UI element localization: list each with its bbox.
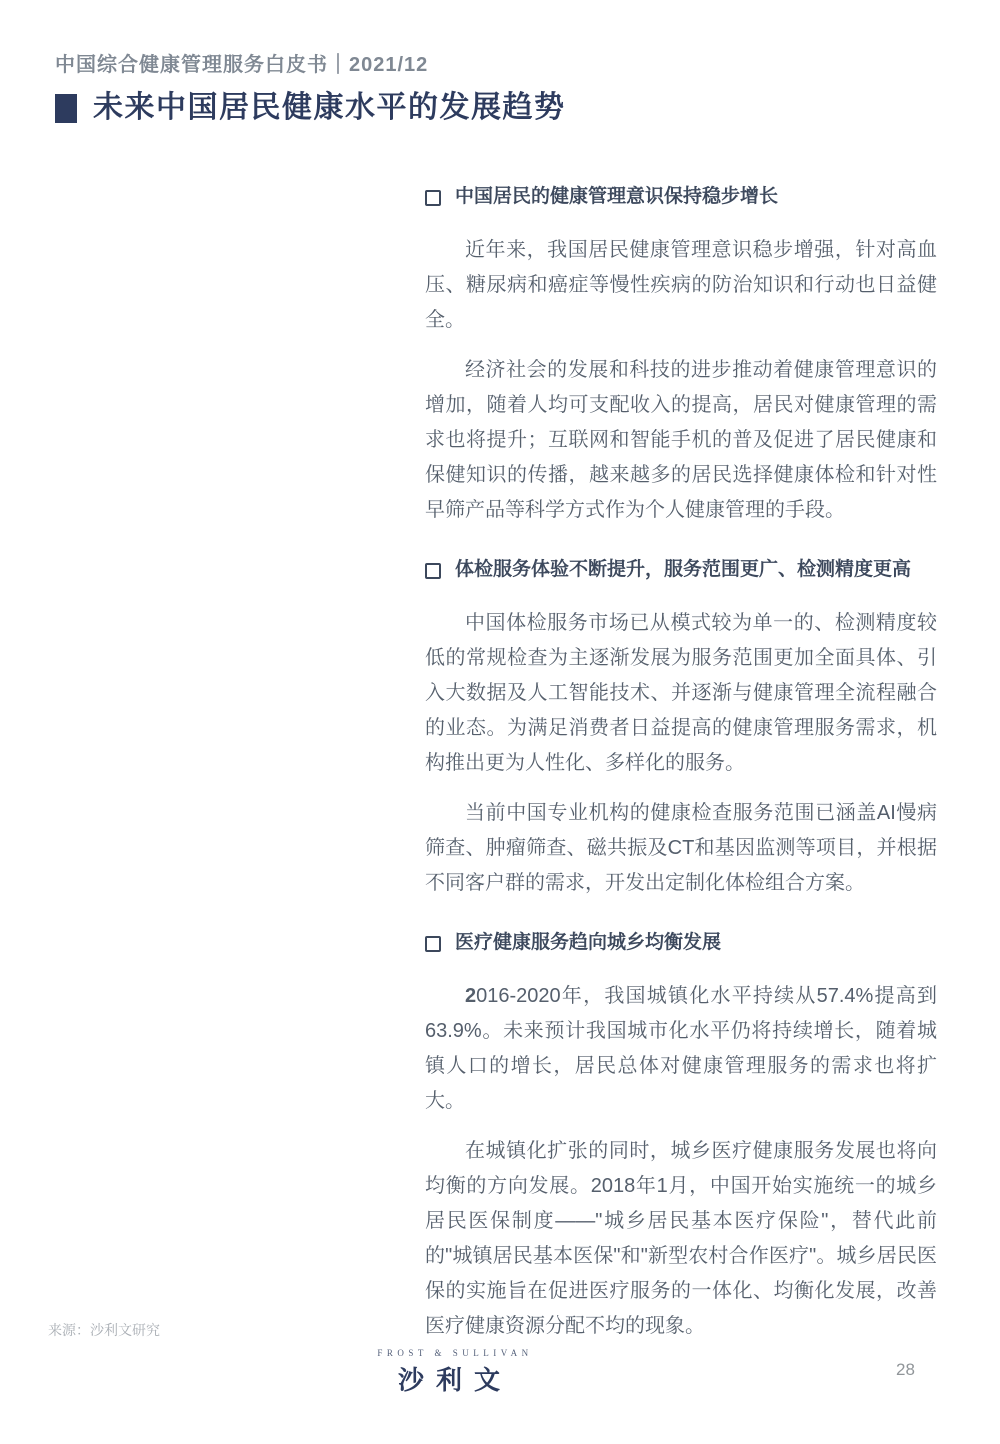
main-text-column: 中国居民的健康管理意识保持稳步增长 近年来，我国居民健康管理意识稳步增强，针对高… bbox=[425, 185, 937, 1359]
frost-sullivan-logo-wordmark-en: FROST & SULLIVAN bbox=[377, 1348, 532, 1358]
section-heading-label: 医疗健康服务趋向城乡均衡发展 bbox=[455, 931, 721, 955]
page-title-row: 未来中国居民健康水平的发展趋势 bbox=[55, 92, 566, 124]
body-paragraph: 近年来，我国居民健康管理意识稳步增强，针对高血压、糖尿病和癌症等慢性疾病的防治知… bbox=[425, 233, 937, 338]
body-paragraph: 中国体检服务市场已从模式较为单一的、检测精度较低的常规检查为主逐渐发展为服务范围… bbox=[425, 606, 937, 781]
checkbox-bullet-icon bbox=[425, 190, 441, 206]
title-accent-square-icon bbox=[55, 94, 77, 123]
body-paragraph: 在城镇化扩张的同时，城乡医疗健康服务发展也将向均衡的方向发展。2018年1月，中… bbox=[425, 1134, 937, 1344]
checkbox-bullet-icon bbox=[425, 563, 441, 579]
section-heading: 医疗健康服务趋向城乡均衡发展 bbox=[425, 931, 937, 955]
section-heading-label: 中国居民的健康管理意识保持稳步增长 bbox=[455, 185, 778, 209]
body-paragraph: 2016-2020年，我国城镇化水平持续从57.4%提高到63.9%。未来预计我… bbox=[425, 979, 937, 1119]
body-paragraph: 经济社会的发展和科技的进步推动着健康管理意识的增加，随着人均可支配收入的提高，居… bbox=[425, 353, 937, 528]
section-heading: 中国居民的健康管理意识保持稳步增长 bbox=[425, 185, 937, 209]
document-page: 中国综合健康管理服务白皮书｜2021/12 未来中国居民健康水平的发展趋势 中国… bbox=[0, 0, 1000, 1444]
section-heading: 体检服务体验不断提升，服务范围更广、检测精度更高 bbox=[425, 558, 937, 582]
section-heading-label: 体检服务体验不断提升，服务范围更广、检测精度更高 bbox=[455, 558, 911, 582]
frost-sullivan-logo-wordmark-cn: 沙利文 bbox=[377, 1360, 532, 1397]
source-note: 来源：沙利文研究 bbox=[48, 1320, 160, 1340]
body-paragraph: 当前中国专业机构的健康检查服务范围已涵盖AI慢病筛查、肿瘤筛查、磁共振及CT和基… bbox=[425, 796, 937, 901]
page-title: 未来中国居民健康水平的发展趋势 bbox=[93, 92, 566, 124]
document-header: 中国综合健康管理服务白皮书｜2021/12 bbox=[55, 48, 428, 77]
frost-sullivan-logo: FROST & SULLIVAN 沙利文 bbox=[377, 1348, 532, 1397]
checkbox-bullet-icon bbox=[425, 936, 441, 952]
page-number: 28 bbox=[896, 1360, 915, 1380]
